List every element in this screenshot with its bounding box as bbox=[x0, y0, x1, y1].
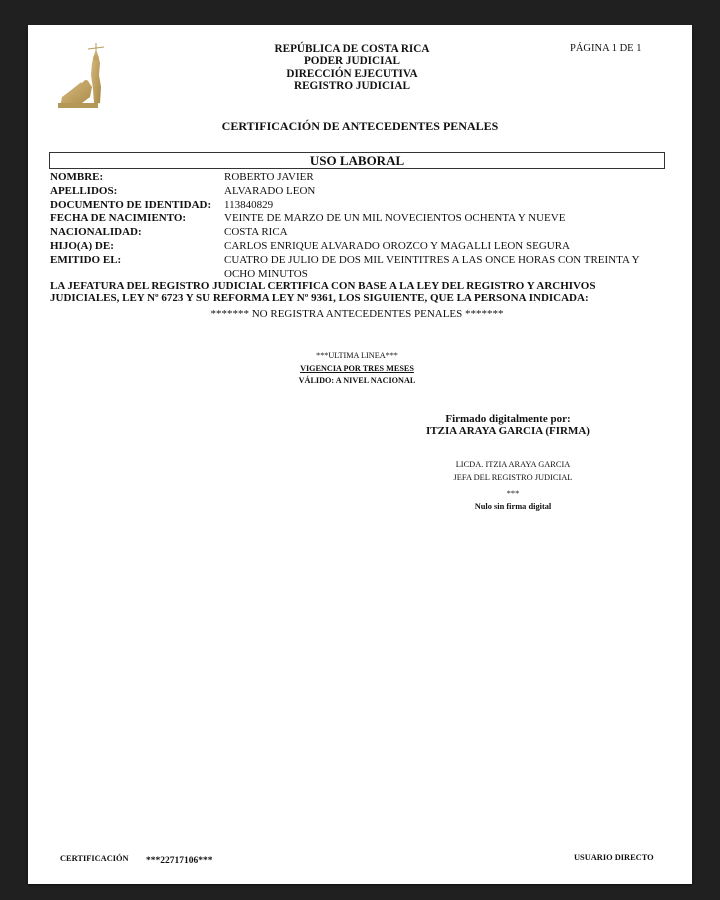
signed-by-name: ITZIA ARAYA GARCIA (FIRMA) bbox=[368, 425, 648, 437]
field-label: FECHA DE NACIMIENTO: bbox=[50, 212, 224, 226]
header-line: PODER JUDICIAL bbox=[208, 55, 496, 67]
personal-data-fields: NOMBRE: ROBERTO JAVIER APELLIDOS: ALVARA… bbox=[50, 171, 670, 281]
signature-note: Nulo sin firma digital bbox=[398, 501, 628, 514]
institution-header: REPÚBLICA DE COSTA RICA PODER JUDICIAL D… bbox=[208, 43, 496, 92]
field-row: APELLIDOS: ALVARADO LEON bbox=[50, 185, 670, 199]
document-page: REPÚBLICA DE COSTA RICA PODER JUDICIAL D… bbox=[28, 25, 692, 884]
field-value: ALVARADO LEON bbox=[224, 185, 670, 199]
field-row: HIJO(A) DE: CARLOS ENRIQUE ALVARADO OROZ… bbox=[50, 240, 670, 254]
field-value: COSTA RICA bbox=[224, 226, 670, 240]
record-result: ******* NO REGISTRA ANTECEDENTES PENALES… bbox=[28, 308, 686, 320]
signer-name: LICDA. ITZIA ARAYA GARCIA bbox=[398, 459, 628, 472]
footer-cert-label: CERTIFICACIÓN bbox=[60, 854, 129, 863]
justice-statue-icon bbox=[52, 41, 114, 111]
closing-block: ***ULTIMA LINEA*** VIGENCIA POR TRES MES… bbox=[28, 350, 686, 388]
separator: *** bbox=[398, 488, 628, 501]
last-line-marker: ***ULTIMA LINEA*** bbox=[28, 350, 686, 363]
signer-block: LICDA. ITZIA ARAYA GARCIA JEFA DEL REGIS… bbox=[398, 459, 628, 513]
field-row: FECHA DE NACIMIENTO: VEINTE DE MARZO DE … bbox=[50, 212, 670, 226]
validity-period: VIGENCIA POR TRES MESES bbox=[28, 363, 686, 376]
field-label: APELLIDOS: bbox=[50, 185, 224, 199]
field-value: CARLOS ENRIQUE ALVARADO OROZCO Y MAGALLI… bbox=[224, 240, 670, 254]
field-row: EMITIDO EL: CUATRO DE JULIO DE DOS MIL V… bbox=[50, 254, 670, 282]
header-line: REGISTRO JUDICIAL bbox=[208, 80, 496, 92]
certificate-number: ***22717106*** bbox=[146, 856, 213, 866]
digital-signature: Firmado digitalmente por: ITZIA ARAYA GA… bbox=[368, 413, 648, 438]
field-value: ROBERTO JAVIER bbox=[224, 171, 670, 185]
user-type: USUARIO DIRECTO bbox=[574, 853, 654, 862]
page-number: PÁGINA 1 DE 1 bbox=[570, 43, 641, 54]
field-label: NACIONALIDAD: bbox=[50, 226, 224, 240]
field-label: EMITIDO EL: bbox=[50, 254, 224, 282]
field-row: NOMBRE: ROBERTO JAVIER bbox=[50, 171, 670, 185]
field-label: HIJO(A) DE: bbox=[50, 240, 224, 254]
header-line: DIRECCIÓN EJECUTIVA bbox=[208, 68, 496, 80]
document-title: CERTIFICACIÓN DE ANTECEDENTES PENALES bbox=[28, 119, 692, 134]
field-row: DOCUMENTO DE IDENTIDAD: 113840829 bbox=[50, 199, 670, 213]
signed-by-label: Firmado digitalmente por: bbox=[368, 413, 648, 425]
use-type-box: USO LABORAL bbox=[49, 152, 665, 169]
certification-statement: LA JEFATURA DEL REGISTRO JUDICIAL CERTIF… bbox=[50, 280, 650, 305]
field-label: DOCUMENTO DE IDENTIDAD: bbox=[50, 199, 224, 213]
field-row: NACIONALIDAD: COSTA RICA bbox=[50, 226, 670, 240]
field-value: 113840829 bbox=[224, 199, 670, 213]
field-value: VEINTE DE MARZO DE UN MIL NOVECIENTOS OC… bbox=[224, 212, 670, 226]
validity-scope: VÁLIDO: A NIVEL NACIONAL bbox=[28, 375, 686, 388]
header-line: REPÚBLICA DE COSTA RICA bbox=[208, 43, 496, 55]
field-label: NOMBRE: bbox=[50, 171, 224, 185]
signer-title: JEFA DEL REGISTRO JUDICIAL bbox=[398, 472, 628, 485]
field-value: CUATRO DE JULIO DE DOS MIL VEINTITRES A … bbox=[224, 254, 670, 282]
